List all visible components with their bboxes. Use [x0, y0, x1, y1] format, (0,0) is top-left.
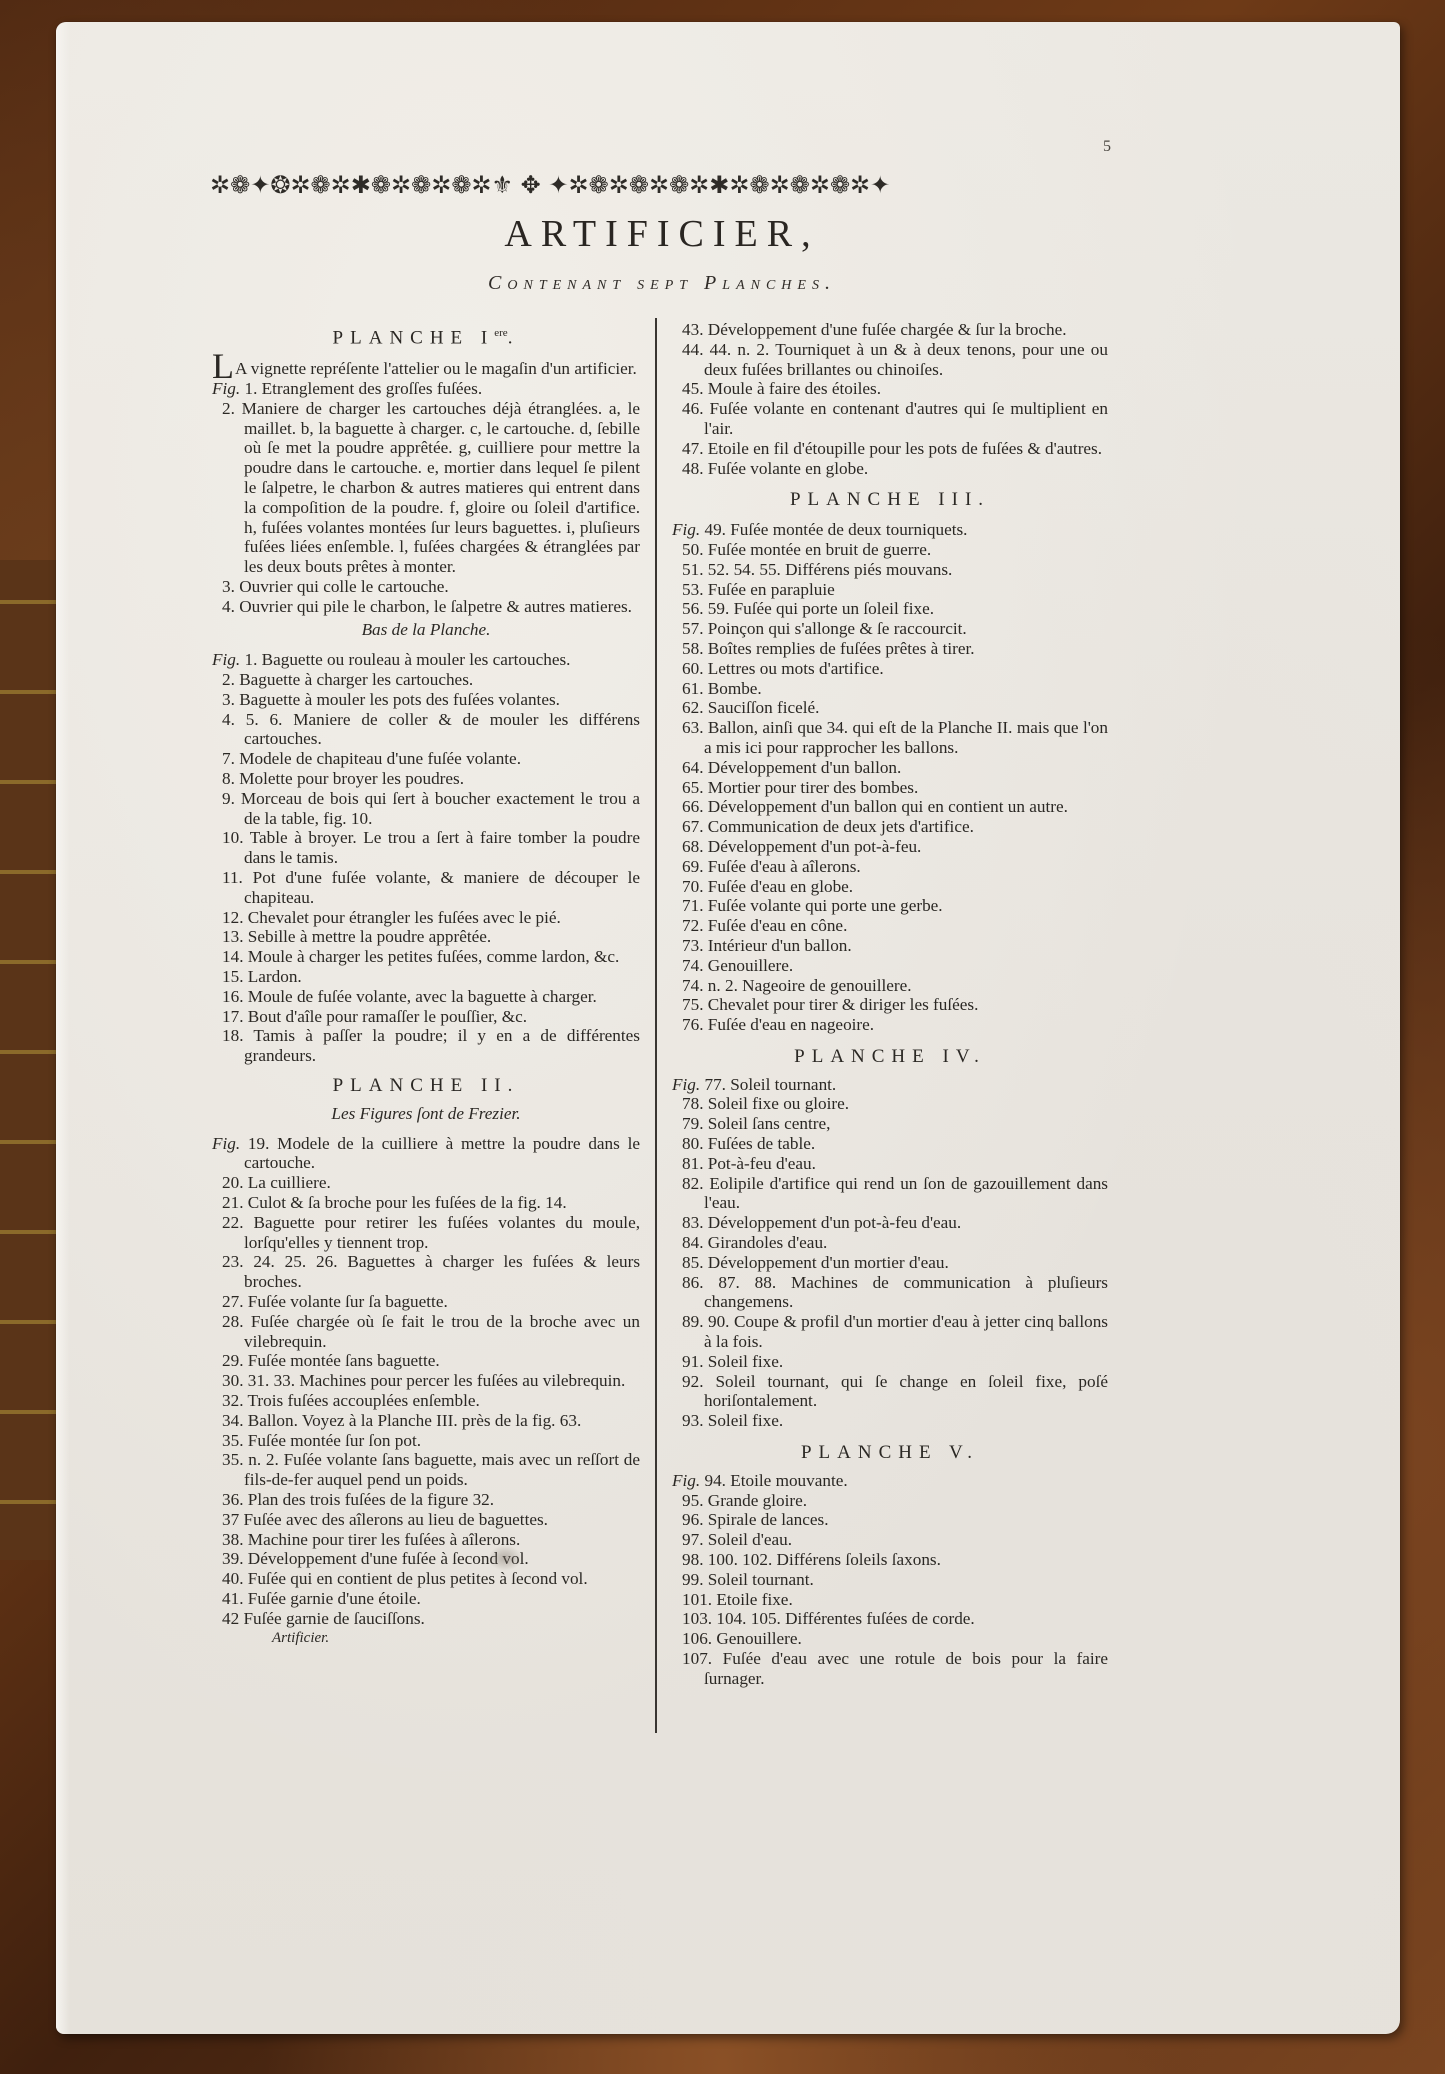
figure-description: Fuſée volante qui porte une gerbe.: [708, 896, 943, 915]
figure-number: 37: [222, 1510, 243, 1529]
figure-entry: 18. Tamis à paſſer la poudre; il y en a …: [212, 1026, 640, 1066]
figure-number: 45.: [682, 379, 708, 398]
figure-entry: 92. Soleil tournant, qui ſe change en ſo…: [672, 1372, 1108, 1412]
figure-entry: Fig. 77. Soleil tournant.: [672, 1075, 1108, 1095]
figure-description: Grande gloire.: [708, 1491, 807, 1510]
figure-description: Maniere de charger les cartouches déjà é…: [242, 399, 640, 576]
figure-number: 70.: [682, 877, 708, 896]
figure-description: Modele de la cuilliere à mettre la poudr…: [244, 1134, 640, 1173]
figure-number: 92.: [682, 1372, 715, 1391]
planche-3-heading: PLANCHE III.: [672, 490, 1108, 510]
figure-number: 74. n. 2.: [682, 976, 742, 995]
figure-entry: 17. Bout d'aîle pour ramaſſer le pouſſie…: [212, 1007, 640, 1027]
fig-label: Fig.: [672, 520, 704, 539]
figure-description: Bout d'aîle pour ramaſſer le pouſſier, &…: [248, 1007, 527, 1026]
figure-description: Modele de chapiteau d'une fuſée volante.: [239, 749, 521, 768]
bas-de-la-planche-heading: Bas de la Planche.: [212, 620, 640, 640]
figure-description: Développement d'un pot-à-feu d'eau.: [708, 1213, 961, 1232]
figure-number: 9.: [222, 789, 241, 808]
planche-1-entries: Fig. 1. Etranglement des groſſes fuſées.…: [212, 379, 640, 617]
figure-description: Ballon, ainſi que 34. qui eſt de la Plan…: [704, 718, 1108, 757]
figure-description: Mortier pour tirer des bombes.: [708, 778, 919, 797]
figure-entry: 35. Fuſée montée ſur ſon pot.: [212, 1431, 640, 1451]
figure-entry: 35. n. 2. Fuſée volante ſans baguette, m…: [212, 1450, 640, 1490]
figure-description: Genouillere.: [716, 1629, 801, 1648]
figure-number: 39.: [222, 1549, 248, 1568]
figure-entry: 62. Sauciſſon ficelé.: [672, 698, 1108, 718]
figure-description: Baguette pour retirer les fuſées volante…: [244, 1213, 640, 1252]
figure-number: 63.: [682, 718, 708, 737]
figure-number: 64.: [682, 758, 708, 777]
figure-number: 14.: [222, 947, 248, 966]
figure-description: Fuſée qui en contient de plus petites à …: [248, 1569, 588, 1588]
figure-number: 12.: [222, 908, 248, 927]
figure-entry: 53. Fuſée en parapluie: [672, 580, 1108, 600]
figure-entry: 4. Ouvrier qui pile le charbon, le ſalpe…: [212, 597, 640, 617]
figure-number: 49.: [704, 520, 730, 539]
figure-number: 38.: [222, 1530, 248, 1549]
figure-entry: 28. Fuſée chargée où ſe fait le trou de …: [212, 1312, 640, 1352]
figure-number: 60.: [682, 659, 708, 678]
figure-description: Soleil tournant.: [708, 1570, 814, 1589]
figure-entry: 79. Soleil ſans centre,: [672, 1114, 1108, 1134]
figure-entry: 4. 5. 6. Maniere de coller & de mouler l…: [212, 710, 640, 750]
figure-description: Soleil fixe.: [708, 1352, 783, 1371]
figure-description: Etoile en fil d'étoupille pour les pots …: [708, 439, 1102, 458]
figure-entry: 70. Fuſée d'eau en globe.: [672, 877, 1108, 897]
figure-description: Fuſée montée ſans baguette.: [248, 1351, 440, 1370]
deckled-left-edge: [56, 22, 70, 2034]
figure-entry: 86. 87. 88. Machines de communication à …: [672, 1273, 1108, 1313]
figure-number: 29.: [222, 1351, 248, 1370]
figure-number: 47.: [682, 439, 708, 458]
figure-description: Fuſée chargée où ſe fait le trou de la b…: [244, 1312, 640, 1351]
figure-number: 21.: [222, 1193, 248, 1212]
figure-number: 66.: [682, 797, 708, 816]
figure-entry: 11. Pot d'une fuſée volante, & maniere d…: [212, 868, 640, 908]
figure-number: 42: [222, 1609, 243, 1628]
figure-description: Fuſée d'eau en globe.: [708, 877, 853, 896]
figure-entry: 43. Développement d'une fuſée chargée & …: [672, 320, 1108, 340]
figure-number: 56. 59.: [682, 599, 734, 618]
figure-entry: 27. Fuſée volante ſur ſa baguette.: [212, 1292, 640, 1312]
figure-description: Soleil d'eau.: [708, 1530, 792, 1549]
figure-entry: 67. Communication de deux jets d'artific…: [672, 817, 1108, 837]
figure-description: Pot-à-feu d'eau.: [708, 1154, 816, 1173]
figure-entry: 103. 104. 105. Différentes fuſées de cor…: [672, 1609, 1108, 1629]
figure-entry: 20. La cuilliere.: [212, 1173, 640, 1193]
planche-1-heading: PLANCHE Iere.: [212, 324, 640, 348]
figure-description: Fuſée en parapluie: [708, 580, 835, 599]
figure-entry: 74. n. 2. Nageoire de genouillere.: [672, 976, 1108, 996]
figure-entry: 98. 100. 102. Différens ſoleils ſaxons.: [672, 1550, 1108, 1570]
figure-number: 50.: [682, 540, 708, 559]
figure-description: Bombe.: [708, 679, 762, 698]
column-divider: [655, 318, 657, 1733]
typographic-ornament-band: ✲❁✦❂✲❁✲✱❁✲❁✲❁✲⚜ ✥ ✦✲❁✲❁✲❁✲✱✲❁✲❁✲❁✲✦: [210, 170, 1114, 200]
figure-entry: 37 Fuſée avec des aîlerons au lieu de ba…: [212, 1510, 640, 1530]
right-column: 43. Développement d'une fuſée chargée & …: [672, 320, 1108, 1689]
figure-description: Ouvrier qui pile le charbon, le ſalpetre…: [239, 597, 632, 616]
figure-number: 101.: [682, 1590, 716, 1609]
figure-entry: 48. Fuſée volante en globe.: [672, 459, 1108, 479]
figure-number: 36.: [222, 1490, 248, 1509]
planche-5-entries: Fig. 94. Etoile mouvante.95. Grande gloi…: [672, 1471, 1108, 1689]
figure-number: 62.: [682, 698, 708, 717]
figure-number: 3.: [222, 690, 239, 709]
figure-entry: 47. Etoile en fil d'étoupille pour les p…: [672, 439, 1108, 459]
figure-number: 2.: [222, 670, 239, 689]
fig-label: Fig.: [212, 1134, 248, 1153]
page-title: ARTIFICIER,: [210, 212, 1114, 256]
figure-number: 99.: [682, 1570, 708, 1589]
figure-entry: 42 Fuſée garnie de ſauciſſons.: [212, 1609, 640, 1629]
figure-number: 22.: [222, 1213, 254, 1232]
figure-description: Soleil ſans centre,: [708, 1114, 831, 1133]
figure-description: Baguette à mouler les pots des fuſées vo…: [239, 690, 560, 709]
figure-entry: Fig. 19. Modele de la cuilliere à mettre…: [212, 1134, 640, 1174]
figure-entry: 44. 44. n. 2. Tourniquet à un & à deux t…: [672, 340, 1108, 380]
figure-entry: 10. Table à broyer. Le trou a ſert à fai…: [212, 828, 640, 868]
figure-entry: 71. Fuſée volante qui porte une gerbe.: [672, 896, 1108, 916]
figure-entry: 3. Baguette à mouler les pots des fuſées…: [212, 690, 640, 710]
figure-description: Pot d'une fuſée volante, & maniere de dé…: [244, 868, 640, 907]
figure-entry: 73. Intérieur d'un ballon.: [672, 936, 1108, 956]
figure-description: Fuſée montée en bruit de guerre.: [708, 540, 931, 559]
figure-entry: 30. 31. 33. Machines pour percer les fuſ…: [212, 1371, 640, 1391]
figure-description: Sauciſſon ficelé.: [708, 698, 820, 717]
figure-description: Baguette à charger les cartouches.: [239, 670, 473, 689]
figure-description: Table à broyer. Le trou a ſert à faire t…: [244, 828, 640, 867]
figure-number: 28.: [222, 1312, 251, 1331]
figure-entry: Fig. 1. Etranglement des groſſes fuſées.: [212, 379, 640, 399]
figure-number: 10.: [222, 828, 250, 847]
figure-entry: 99. Soleil tournant.: [672, 1570, 1108, 1590]
figure-number: 85.: [682, 1253, 708, 1272]
figure-description: Spirale de lances.: [708, 1510, 829, 1529]
figure-entry: 69. Fuſée d'eau à aîlerons.: [672, 857, 1108, 877]
figure-entry: 95. Grande gloire.: [672, 1491, 1108, 1511]
figure-number: 78.: [682, 1094, 708, 1113]
figure-number: 67.: [682, 817, 708, 836]
figure-number: 72.: [682, 916, 708, 935]
figure-number: 71.: [682, 896, 708, 915]
figure-description: Machine pour tirer les fuſées à aîlerons…: [248, 1530, 521, 1549]
figure-number: 16.: [222, 987, 248, 1006]
figure-description: Développement d'un ballon.: [708, 758, 902, 777]
figure-number: 7.: [222, 749, 239, 768]
figure-description: Fuſée d'eau en nageoire.: [708, 1015, 874, 1034]
figure-entry: 56. 59. Fuſée qui porte un ſoleil fixe.: [672, 599, 1108, 619]
figure-entry: 78. Soleil fixe ou gloire.: [672, 1094, 1108, 1114]
figure-description: Fuſées de table.: [708, 1134, 815, 1153]
figure-number: 68.: [682, 837, 708, 856]
figure-entry: 16. Moule de fuſée volante, avec la bagu…: [212, 987, 640, 1007]
figure-number: 19.: [248, 1134, 277, 1153]
figure-description: Boîtes remplies de fuſées prêtes à tirer…: [708, 639, 975, 658]
figure-number: 35.: [222, 1431, 248, 1450]
figure-number: 1.: [244, 650, 261, 669]
figure-number: 98. 100. 102.: [682, 1550, 777, 1569]
figure-description: Fuſée qui porte un ſoleil fixe.: [734, 599, 934, 618]
figure-number: 27.: [222, 1292, 248, 1311]
figure-entry: 91. Soleil fixe.: [672, 1352, 1108, 1372]
figure-number: 73.: [682, 936, 708, 955]
figure-entry: 74. Genouillere.: [672, 956, 1108, 976]
catchword: Artificier.: [212, 1629, 640, 1649]
figure-entry: 85. Développement d'un mortier d'eau.: [672, 1253, 1108, 1273]
figure-number: 43.: [682, 320, 708, 339]
figure-entry: 106. Genouillere.: [672, 1629, 1108, 1649]
figure-number: 23. 24. 25. 26.: [222, 1252, 347, 1271]
figure-number: 32.: [222, 1391, 247, 1410]
figure-description: Molette pour broyer les poudres.: [239, 769, 464, 788]
figure-number: 95.: [682, 1491, 708, 1510]
figure-number: 83.: [682, 1213, 708, 1232]
figure-number: 96.: [682, 1510, 708, 1529]
figure-description: Fuſée d'eau avec une rotule de bois pour…: [704, 1649, 1108, 1688]
planche-4-entries: Fig. 77. Soleil tournant.78. Soleil fixe…: [672, 1075, 1108, 1431]
vignette-intro: LA vignette repréſente l'attelier ou le …: [212, 356, 640, 379]
figure-description: Baguette ou rouleau à mouler les cartouc…: [262, 650, 571, 669]
figure-number: 51. 52. 54. 55.: [682, 560, 785, 579]
figure-description: Fuſée montée de deux tourniquets.: [730, 520, 967, 539]
figure-number: 103. 104. 105.: [682, 1609, 785, 1628]
figure-entry: 39. Développement d'une fuſée à ſecond v…: [212, 1549, 640, 1569]
figure-description: Chevalet pour étrangler les fuſées avec …: [248, 908, 561, 927]
figure-entry: 65. Mortier pour tirer des bombes.: [672, 778, 1108, 798]
figure-number: 76.: [682, 1015, 708, 1034]
planche-5-heading: PLANCHE V.: [672, 1443, 1108, 1463]
figure-entry: 68. Développement d'un pot-à-feu.: [672, 837, 1108, 857]
figure-number: 65.: [682, 778, 708, 797]
figure-entry: 51. 52. 54. 55. Différens piés mouvans.: [672, 560, 1108, 580]
figure-entry: 2. Baguette à charger les cartouches.: [212, 670, 640, 690]
figure-description: Tamis à paſſer la poudre; il y en a de d…: [244, 1026, 640, 1065]
figure-description: Ouvrier qui colle le cartouche.: [239, 577, 449, 596]
figure-number: 89. 90.: [682, 1312, 734, 1331]
figure-description: Moule à charger les petites fuſées, comm…: [248, 947, 619, 966]
figure-entry: 82. Eolipile d'artifice qui rend un ſon …: [672, 1174, 1108, 1214]
figure-entry: 29. Fuſée montée ſans baguette.: [212, 1351, 640, 1371]
figure-number: 44. 44. n. 2.: [682, 340, 775, 359]
figure-entry: 57. Poinçon qui s'allonge & ſe raccourci…: [672, 619, 1108, 639]
figure-description: Eolipile d'artifice qui rend un ſon de g…: [704, 1174, 1108, 1213]
figure-entry: 76. Fuſée d'eau en nageoire.: [672, 1015, 1108, 1035]
figure-entry: 15. Lardon.: [212, 967, 640, 987]
figure-description: Morceau de bois qui ſert à boucher exact…: [241, 789, 640, 828]
figure-number: 58.: [682, 639, 708, 658]
figure-number: 34.: [222, 1411, 248, 1430]
figure-entry: Fig. 94. Etoile mouvante.: [672, 1471, 1108, 1491]
figure-number: 4. 5. 6.: [222, 710, 293, 729]
figure-description: Culot & ſa broche pour les fuſées de la …: [248, 1193, 567, 1212]
figure-entry: 9. Morceau de bois qui ſert à boucher ex…: [212, 789, 640, 829]
figure-entry: 36. Plan des trois fuſées de la figure 3…: [212, 1490, 640, 1510]
figure-number: 30. 31. 33.: [222, 1371, 299, 1390]
figure-description: Fuſée avec des aîlerons au lieu de bague…: [243, 1510, 547, 1529]
figure-description: Moule de fuſée volante, avec la baguette…: [248, 987, 597, 1006]
figure-description: Développement d'un pot-à-feu.: [708, 837, 922, 856]
figure-number: 61.: [682, 679, 708, 698]
figure-description: Intérieur d'un ballon.: [708, 936, 852, 955]
planche-2-heading: PLANCHE II.: [212, 1076, 640, 1096]
figure-entry: 13. Sebille à mettre la poudre apprêtée.: [212, 927, 640, 947]
figure-number: 81.: [682, 1154, 708, 1173]
figure-entry: 89. 90. Coupe & profil d'un mortier d'ea…: [672, 1312, 1108, 1352]
paper-damage-spot: [488, 1545, 522, 1571]
figure-number: 15.: [222, 967, 248, 986]
figure-description: Nageoire de genouillere.: [742, 976, 911, 995]
figure-number: 41.: [222, 1589, 248, 1608]
fig-label: Fig.: [672, 1075, 704, 1094]
figure-description: Communication de deux jets d'artifice.: [708, 817, 974, 836]
figure-description: Fuſée volante ſans baguette, mais avec u…: [244, 1450, 640, 1489]
figure-description: Fuſée montée ſur ſon pot.: [248, 1431, 421, 1450]
figure-entry: 101. Etoile fixe.: [672, 1590, 1108, 1610]
figure-description: Fuſée volante en globe.: [708, 459, 868, 478]
figure-description: Lardon.: [248, 967, 302, 986]
figure-entry: 75. Chevalet pour tirer & diriger les fu…: [672, 995, 1108, 1015]
figure-number: 69.: [682, 857, 708, 876]
figure-entry: 60. Lettres ou mots d'artifice.: [672, 659, 1108, 679]
figure-description: Sebille à mettre la poudre apprêtée.: [248, 927, 491, 946]
figure-description: Soleil fixe.: [708, 1411, 783, 1430]
figure-description: Développement d'une fuſée à ſecond vol.: [248, 1549, 529, 1568]
fig-label: Fig.: [212, 650, 244, 669]
figure-entry: 14. Moule à charger les petites fuſées, …: [212, 947, 640, 967]
figure-entry: Fig. 1. Baguette ou rouleau à mouler les…: [212, 650, 640, 670]
figure-description: Girandoles d'eau.: [708, 1233, 828, 1252]
figure-entry: 50. Fuſée montée en bruit de guerre.: [672, 540, 1108, 560]
figure-description: Etranglement des groſſes fuſées.: [262, 379, 483, 398]
figure-description: Fuſée garnie d'une étoile.: [248, 1589, 421, 1608]
figure-number: 77.: [704, 1075, 730, 1094]
figure-number: 94.: [704, 1471, 730, 1490]
planche-3-entries: Fig. 49. Fuſée montée de deux tourniquet…: [672, 520, 1108, 1035]
figure-description: Chevalet pour tirer & diriger les fuſées…: [708, 995, 979, 1014]
figure-entry: 84. Girandoles d'eau.: [672, 1233, 1108, 1253]
figure-number: 107.: [682, 1649, 723, 1668]
figure-number: 84.: [682, 1233, 708, 1252]
figure-entry: 96. Spirale de lances.: [672, 1510, 1108, 1530]
figure-description: Fuſée garnie de ſauciſſons.: [243, 1609, 424, 1628]
figure-number: 20.: [222, 1173, 248, 1192]
figure-entry: 34. Ballon. Voyez à la Planche III. près…: [212, 1411, 640, 1431]
figure-description: Coupe & profil d'un mortier d'eau à jett…: [704, 1312, 1108, 1351]
figure-entry: Fig. 49. Fuſée montée de deux tourniquet…: [672, 520, 1108, 540]
figure-entry: 22. Baguette pour retirer les fuſées vol…: [212, 1213, 640, 1253]
figure-description: Développement d'un ballon qui en contien…: [708, 797, 1068, 816]
figure-entry: 21. Culot & ſa broche pour les fuſées de…: [212, 1193, 640, 1213]
figure-entry: 63. Ballon, ainſi que 34. qui eſt de la …: [672, 718, 1108, 758]
figure-number: 75.: [682, 995, 708, 1014]
planche-1-bas-entries: Fig. 1. Baguette ou rouleau à mouler les…: [212, 650, 640, 1066]
figure-entry: 66. Développement d'un ballon qui en con…: [672, 797, 1108, 817]
planche-2-subheading: Les Figures ſont de Frezier.: [212, 1104, 640, 1124]
figure-entry: 7. Modele de chapiteau d'une fuſée volan…: [212, 749, 640, 769]
figure-number: 106.: [682, 1629, 716, 1648]
figure-description: Soleil tournant.: [730, 1075, 836, 1094]
figure-number: 11.: [222, 868, 253, 887]
figure-description: Soleil fixe ou gloire.: [708, 1094, 849, 1113]
figure-entry: 23. 24. 25. 26. Baguettes à charger les …: [212, 1252, 640, 1292]
figure-number: 48.: [682, 459, 708, 478]
figure-number: 3.: [222, 577, 239, 596]
figure-description: Moule à faire des étoiles.: [708, 379, 881, 398]
figure-entry: 81. Pot-à-feu d'eau.: [672, 1154, 1108, 1174]
figure-number: 4.: [222, 597, 239, 616]
figure-description: Trois fuſées accouplées enſemble.: [247, 1391, 479, 1410]
fig-label: Fig.: [212, 379, 244, 398]
figure-number: 93.: [682, 1411, 708, 1430]
figure-number: 74.: [682, 956, 708, 975]
figure-entry: 8. Molette pour broyer les poudres.: [212, 769, 640, 789]
figure-entry: 46. Fuſée volante en contenant d'autres …: [672, 399, 1108, 439]
figure-description: Genouillere.: [708, 956, 793, 975]
figure-number: 17.: [222, 1007, 248, 1026]
figure-description: Lettres ou mots d'artifice.: [708, 659, 884, 678]
figure-entry: 64. Développement d'un ballon.: [672, 758, 1108, 778]
figure-entry: 32. Trois fuſées accouplées enſemble.: [212, 1391, 640, 1411]
figure-entry: 61. Bombe.: [672, 679, 1108, 699]
figure-entry: 3. Ouvrier qui colle le cartouche.: [212, 577, 640, 597]
figure-number: 40.: [222, 1569, 248, 1588]
figure-entry: 41. Fuſée garnie d'une étoile.: [212, 1589, 640, 1609]
figure-description: Fuſée d'eau à aîlerons.: [708, 857, 861, 876]
figure-description: La cuilliere.: [248, 1173, 331, 1192]
figure-number: 97.: [682, 1530, 708, 1549]
book-spine-decoration: [0, 560, 60, 1560]
page-mark: 5: [1103, 138, 1111, 156]
figure-description: Différentes fuſées de corde.: [785, 1609, 975, 1628]
figure-description: Développement d'une fuſée chargée & ſur …: [708, 320, 1067, 339]
figure-number: 35. n. 2.: [222, 1450, 284, 1469]
figure-description: Machines pour percer les fuſées au vileb…: [299, 1371, 625, 1390]
figure-number: 46.: [682, 399, 709, 418]
figure-entry: 38. Machine pour tirer les fuſées à aîle…: [212, 1530, 640, 1550]
figure-number: 13.: [222, 927, 248, 946]
figure-number: 1.: [244, 379, 261, 398]
figure-entry: 12. Chevalet pour étrangler les fuſées a…: [212, 908, 640, 928]
figure-entry: 83. Développement d'un pot-à-feu d'eau.: [672, 1213, 1108, 1233]
figure-number: 86. 87. 88.: [682, 1273, 791, 1292]
figure-number: 8.: [222, 769, 239, 788]
planche-2-entries: Fig. 19. Modele de la cuilliere à mettre…: [212, 1134, 640, 1629]
figure-description: Ballon. Voyez à la Planche III. près de …: [248, 1411, 581, 1430]
figure-description: Soleil tournant, qui ſe change en ſoleil…: [704, 1372, 1108, 1411]
figure-description: Développement d'un mortier d'eau.: [708, 1253, 949, 1272]
page-subtitle: Contenant sept Planches.: [210, 272, 1114, 295]
figure-description: Fuſée d'eau en cône.: [708, 916, 848, 935]
figure-number: 82.: [682, 1174, 709, 1193]
fig-label: Fig.: [672, 1471, 704, 1490]
figure-description: Fuſée volante ſur ſa baguette.: [248, 1292, 448, 1311]
figure-entry: 80. Fuſées de table.: [672, 1134, 1108, 1154]
figure-description: Plan des trois fuſées de la figure 32.: [248, 1490, 494, 1509]
figure-entry: 45. Moule à faire des étoiles.: [672, 379, 1108, 399]
figure-entry: 93. Soleil fixe.: [672, 1411, 1108, 1431]
figure-number: 53.: [682, 580, 708, 599]
figure-number: 18.: [222, 1026, 253, 1045]
figure-description: Différens piés mouvans.: [785, 560, 952, 579]
figure-entry: 107. Fuſée d'eau avec une rotule de bois…: [672, 1649, 1108, 1689]
figure-description: Etoile fixe.: [716, 1590, 792, 1609]
figure-number: 91.: [682, 1352, 708, 1371]
figure-number: 80.: [682, 1134, 708, 1153]
figure-number: 79.: [682, 1114, 708, 1133]
planche-4-heading: PLANCHE IV.: [672, 1047, 1108, 1067]
